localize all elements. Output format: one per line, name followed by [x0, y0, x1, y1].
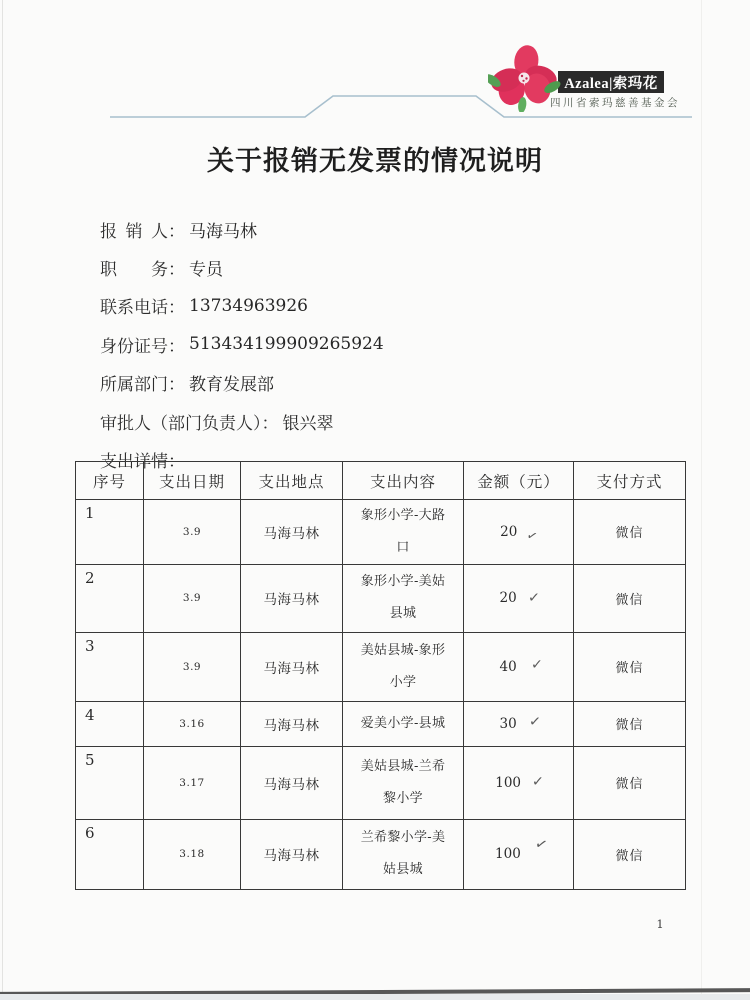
checkmark-icon: ✓ [530, 656, 542, 672]
cell-place: 马海马林 [241, 701, 343, 746]
cell-method: 微信 [574, 632, 686, 701]
scan-bottom-strip [0, 994, 750, 1000]
cell-date: 3.17 [144, 746, 241, 819]
cell-place: 马海马林 [241, 819, 343, 889]
field-department: 所属部门： 教育发展部 [100, 364, 660, 402]
cell-date: 3.9 [144, 632, 241, 701]
cell-serial: 4 [76, 701, 144, 746]
table-row: 6 3.18 马海马林 兰希黎小学-美姑县城 100✓ 微信 [76, 819, 686, 889]
field-label: 审批人（部门负责人）： [100, 409, 279, 434]
cell-content: 兰希黎小学-美姑县城 [343, 819, 464, 889]
cell-serial: 1 [76, 500, 144, 565]
cell-serial: 5 [76, 746, 144, 819]
cell-content: 爱美小学-县城 [343, 701, 464, 746]
amount-value: 100 [495, 846, 521, 862]
field-reimburser: 报 销 人： 马海马林 [100, 210, 660, 248]
table-row: 5 3.17 马海马林 美姑县城-兰希黎小学 100✓ 微信 [76, 746, 686, 819]
table-row: 3 3.9 马海马林 美姑县城-象形小学 40✓ 微信 [76, 632, 686, 701]
checkmark-icon: ✓ [525, 527, 540, 545]
table-row: 4 3.16 马海马林 爱美小学-县城 30✓ 微信 [76, 701, 686, 746]
cell-amount: 100✓ [464, 819, 574, 889]
table-row: 2 3.9 马海马林 象形小学-美姑县城 20✓ 微信 [76, 564, 686, 632]
checkmark-icon: ✓ [532, 773, 545, 790]
field-label: 报 销 人： [100, 217, 185, 242]
table-header-row: 序号 支出日期 支出地点 支出内容 金额（元） 支付方式 [76, 462, 686, 500]
header-serial: 序号 [76, 462, 144, 500]
foundation-logo: Azalea|索玛花 四川省索玛慈善基金会 [488, 40, 703, 112]
header-content: 支出内容 [343, 462, 464, 500]
cell-content: 美姑县城-象形小学 [343, 632, 464, 701]
cell-serial: 6 [76, 819, 144, 889]
amount-value: 30 [500, 716, 517, 732]
expense-table: 序号 支出日期 支出地点 支出内容 金额（元） 支付方式 1 3.9 马海马林 … [75, 461, 686, 890]
header-place: 支出地点 [241, 462, 343, 500]
cell-amount: 20✓ [464, 500, 574, 565]
field-value: 专员 [189, 255, 223, 280]
amount-value: 40 [500, 659, 517, 675]
cell-serial: 2 [76, 564, 144, 632]
table-row: 1 3.9 马海马林 象形小学-大路口 20✓ 微信 [76, 500, 686, 565]
header-method: 支付方式 [574, 462, 686, 500]
cell-content: 象形小学-美姑县城 [343, 564, 464, 632]
checkmark-icon: ✓ [533, 836, 549, 855]
cell-method: 微信 [574, 746, 686, 819]
cell-date: 3.16 [144, 701, 241, 746]
field-phone: 联系电话： 13734963926 [100, 287, 660, 325]
field-id-number: 身份证号： 513434199909265924 [100, 325, 660, 363]
cell-serial: 3 [76, 632, 144, 701]
cell-amount: 30✓ [464, 701, 574, 746]
cell-amount: 20✓ [464, 564, 574, 632]
document-title: 关于报销无发票的情况说明 [0, 139, 750, 178]
header-date: 支出日期 [144, 462, 241, 500]
cell-date: 3.9 [144, 500, 241, 565]
field-value: 教育发展部 [189, 370, 274, 395]
cell-place: 马海马林 [241, 632, 343, 701]
field-label: 职 务： [100, 255, 185, 280]
cell-place: 马海马林 [241, 564, 343, 632]
field-position: 职 务： 专员 [100, 248, 660, 286]
cell-amount: 100✓ [464, 746, 574, 819]
cell-content: 象形小学-大路口 [343, 500, 464, 565]
checkmark-icon: ✓ [528, 713, 541, 730]
field-value: 银兴翠 [283, 409, 334, 434]
field-value: 马海马林 [189, 217, 257, 242]
field-label: 所属部门： [100, 370, 185, 395]
cell-method: 微信 [574, 701, 686, 746]
cell-place: 马海马林 [241, 500, 343, 565]
amount-value: 20 [500, 590, 517, 606]
field-list: 报 销 人： 马海马林 职 务： 专员 联系电话： 13734963926 身份… [100, 210, 660, 479]
cell-content: 美姑县城-兰希黎小学 [343, 746, 464, 819]
field-label: 联系电话： [100, 293, 185, 318]
cell-place: 马海马林 [241, 746, 343, 819]
amount-value: 20 [500, 524, 517, 540]
cell-method: 微信 [574, 500, 686, 565]
page-number: 1 [648, 917, 672, 931]
checkmark-icon: ✓ [527, 590, 540, 607]
azalea-flower-icon [488, 40, 703, 112]
cell-date: 3.9 [144, 564, 241, 632]
field-value: 513434199909265924 [189, 334, 384, 354]
cell-method: 微信 [574, 564, 686, 632]
cell-date: 3.18 [144, 819, 241, 889]
scanned-document-page: Azalea|索玛花 四川省索玛慈善基金会 关于报销无发票的情况说明 报 [0, 0, 750, 1000]
field-approver: 审批人（部门负责人）： 银兴翠 [100, 402, 660, 440]
header-amount: 金额（元） [464, 462, 574, 500]
cell-amount: 40✓ [464, 632, 574, 701]
amount-value: 100 [495, 775, 521, 791]
cell-method: 微信 [574, 819, 686, 889]
field-value: 13734963926 [189, 296, 308, 316]
field-label: 身份证号： [100, 332, 185, 357]
